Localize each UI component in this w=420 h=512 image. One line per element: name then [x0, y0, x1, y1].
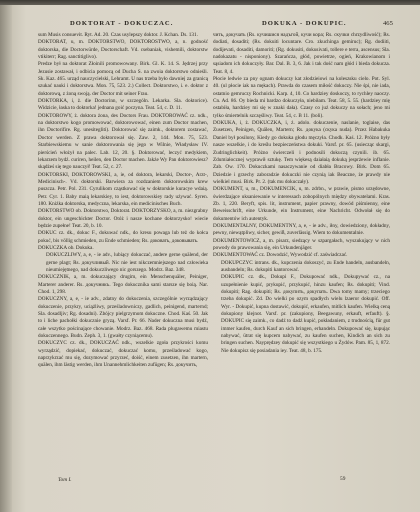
entry-dokucznik: DOKUCZNIK, a, m. dokuczający drugim, ein… [38, 274, 208, 296]
volume-footer: Tom I. [58, 477, 72, 483]
entry-dokumentowicz: DOKUMENTOWICZ, a, m. pisarz, siedzący w … [213, 238, 390, 253]
running-header: DOKTORAT - DOKUCZAC. DOKUKA - DOKUPIC. 4… [0, 20, 420, 32]
entry-dokuc: DOKUC cz. dk., dokuc F., dokuwać ndk., d… [38, 230, 208, 245]
entry-dokupic: DOKUPIC cz. dk., Dokupi F., Dokupować nd… [213, 274, 390, 355]
left-running-head: DOKTORAT - DOKUCZAC. [70, 20, 173, 27]
entry-dokupczyc: DOKUPCZYC intrans. dk., kupczenia dokosz… [213, 260, 390, 275]
entry-text: Predze był na doktorat Złoinili promowow… [38, 61, 208, 98]
signature-mark: 59 [340, 476, 345, 482]
page-number: 465 [383, 20, 393, 27]
entry-dokuczka: DOKUCZKA ob. Dokuka. [38, 245, 208, 252]
entry-dokuczyc: DOKUCZYC cz. dk., DOKUCZAĆ ndk., wszelki… [38, 340, 208, 369]
entry-doktorstwo: DOKTORSTWO ob. Doktorstwo, Doktorat. DOK… [38, 208, 208, 230]
entry-dokument: DOKUMENT, u, m., DOKUMENCIK, u, m. zdrbn… [213, 186, 390, 223]
entry-dokuka: DOKUKA, i, ż. DOKUCZKA, i, ż. adolo. dok… [213, 120, 390, 186]
entry-dokuczny: DOKUCZNY, a, e, - ie adv., zdatny do dok… [38, 296, 208, 340]
entry-dokumentalny: DOKUMENTALNY, DOKUMENTNY, a, e, - ie adv… [213, 223, 390, 238]
entry-doktorka: DOKTORKA, i, ż. die Doctorinn, w szczegó… [38, 98, 208, 113]
right-column: чить, докучать (Rs. кучишися надъгой, ку… [213, 32, 390, 472]
left-column: sum Musis consuevit. Ryt. Ad. 20. Czas u… [38, 32, 208, 472]
entry-dokumentowac: DOKUMENTOWAĆ cz. Dowodzić, Wywodzić cf. … [213, 252, 390, 259]
entry-doktorowy: DOKTOROWY, ż. doktora żona, des Doctors … [38, 113, 208, 172]
right-running-head: DOKUKA - DOKUPIC. [262, 20, 347, 27]
entry-text: чить, докучать (Rs. кучишися надъгой, ку… [213, 32, 390, 76]
entry-text: sum Musis consuevit. Ryt. Ad. 20. Czas u… [38, 32, 208, 39]
entry-doktorat: DOKTORAT, u, m. DOKTORSTWO, DOKTOROSTWO,… [38, 39, 208, 61]
entry-doktorski: DOKTORSKI, DOKTOROWSKI, a, ie, od doktor… [38, 172, 208, 209]
entry-text: Płocie ledwie za pny ognam dokuczy kat z… [213, 76, 390, 120]
book-gutter [0, 5, 12, 512]
entry-dokuczliwy: DOKUCZLIWY, a, e, - ie adv., lubiący dok… [38, 252, 208, 274]
